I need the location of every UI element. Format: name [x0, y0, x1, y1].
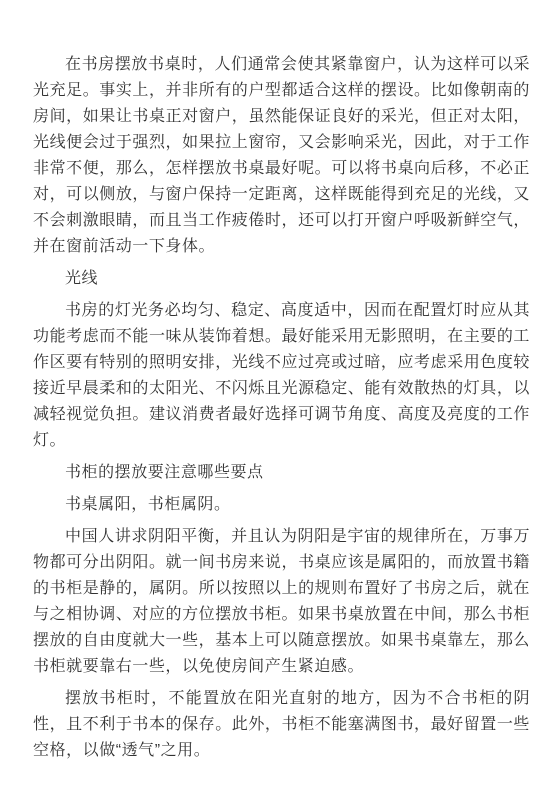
- heading-light: 光线: [33, 266, 530, 292]
- document-content: 在书房摆放书桌时，人们通常会使其紧靠窗户，认为这样可以采光充足。事实上，并非所有…: [0, 0, 554, 764]
- document-page: 在书房摆放书桌时，人们通常会使其紧靠窗户，认为这样可以采光充足。事实上，并非所有…: [0, 0, 554, 792]
- paragraph-yin-yang-statement: 书桌属阳，书柜属阴。: [33, 492, 530, 518]
- paragraph-bookcase-placement: 摆放书柜时，不能置放在阳光直射的地方，因为不合书柜的阴性，且不利于书本的保存。此…: [33, 686, 530, 764]
- heading-bookcase-points: 书柜的摆放要注意哪些要点: [33, 460, 530, 486]
- paragraph-desk-placement: 在书房摆放书桌时，人们通常会使其紧靠窗户，认为这样可以采光充足。事实上，并非所有…: [33, 52, 530, 260]
- paragraph-yin-yang-balance: 中国人讲求阴阳平衡，并且认为阴阳是宇宙的规律所在，万事万物都可分出阴阳。就一间书…: [33, 524, 530, 680]
- paragraph-lighting-advice: 书房的灯光务必均匀、稳定、高度适中，因而在配置灯时应从其功能考虑而不能一味从装饰…: [33, 298, 530, 454]
